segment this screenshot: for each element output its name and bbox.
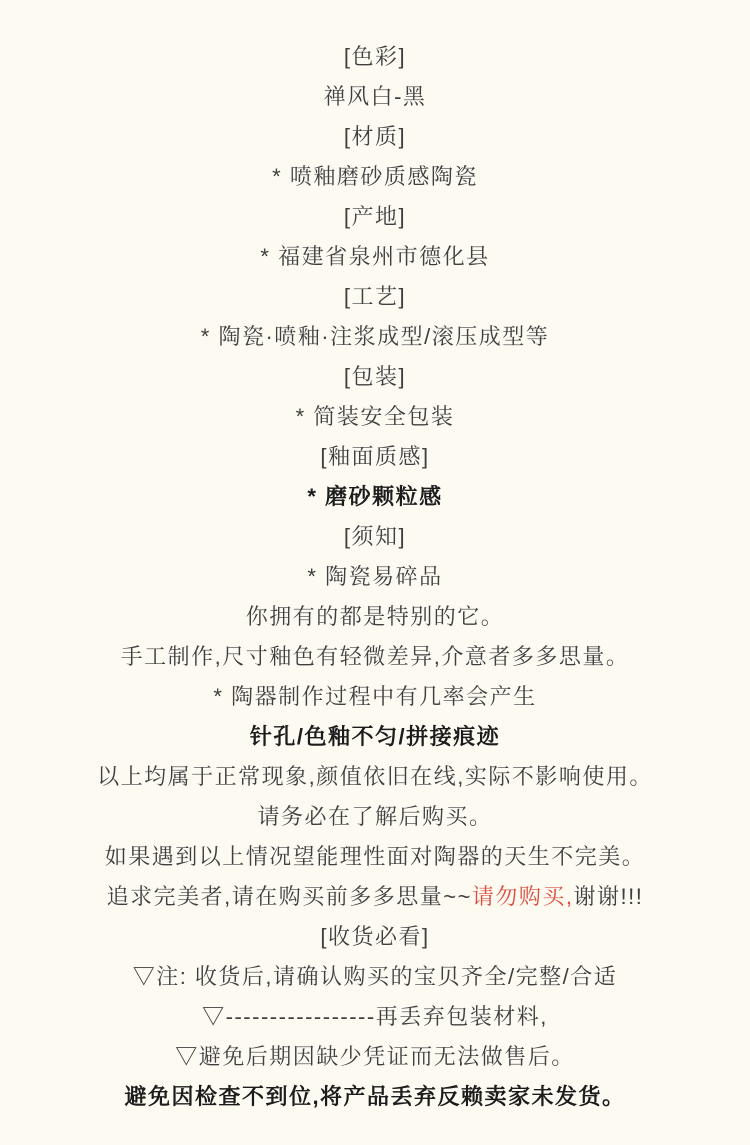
packaging-value: * 简装安全包装 <box>0 397 750 437</box>
section-header-glaze-texture: [釉面质感] <box>0 437 750 477</box>
perfectionist-warning-post: 谢谢!!! <box>574 884 644 909</box>
section-header-origin: [产地] <box>0 197 750 237</box>
notice-rational-attitude: 如果遇到以上情况望能理性面对陶器的天生不完美。 <box>0 837 750 877</box>
notice-buy-after-understanding: 请务必在了解后购买。 <box>0 797 750 837</box>
perfectionist-warning-pre: 追求完美者,请在购买前多多思量~~ <box>107 884 472 909</box>
color-value: 禅风白-黑 <box>0 77 750 117</box>
final-warning: 避免因检查不到位,将产品丢弃反赖卖家未发货。 <box>0 1077 750 1117</box>
section-header-craft: [工艺] <box>0 277 750 317</box>
notice-defect-types: 针孔/色釉不匀/拼接痕迹 <box>0 717 750 757</box>
section-header-delivery-check: [收货必看] <box>0 917 750 957</box>
section-header-notice: [须知] <box>0 517 750 557</box>
section-header-color: [色彩] <box>0 37 750 77</box>
material-value: * 喷釉磨砂质感陶瓷 <box>0 157 750 197</box>
delivery-note-confirm: ▽注: 收货后,请确认购买的宝贝齐全/完整/合适 <box>0 957 750 997</box>
origin-value: * 福建省泉州市德化县 <box>0 237 750 277</box>
notice-defect-intro: * 陶器制作过程中有几率会产生 <box>0 677 750 717</box>
delivery-note-keep-packaging: ▽-----------------再丢弃包装材料, <box>0 997 750 1037</box>
do-not-buy-highlight: 请勿购买, <box>472 884 574 909</box>
delivery-note-aftersale-proof: ▽避免后期因缺少凭证而无法做售后。 <box>0 1037 750 1077</box>
product-description-page: [色彩] 禅风白-黑 [材质] * 喷釉磨砂质感陶瓷 [产地] * 福建省泉州市… <box>0 0 750 1145</box>
glaze-texture-value: * 磨砂颗粒感 <box>0 477 750 517</box>
notice-unique: 你拥有的都是特别的它。 <box>0 597 750 637</box>
section-header-material: [材质] <box>0 117 750 157</box>
notice-normal-phenomenon: 以上均属于正常现象,颜值依旧在线,实际不影响使用。 <box>0 757 750 797</box>
notice-fragile: * 陶瓷易碎品 <box>0 557 750 597</box>
craft-value: * 陶瓷·喷釉·注浆成型/滚压成型等 <box>0 317 750 357</box>
section-header-packaging: [包装] <box>0 357 750 397</box>
notice-perfectionist-warning: 追求完美者,请在购买前多多思量~~请勿购买,谢谢!!! <box>0 877 750 917</box>
notice-handmade-variance: 手工制作,尺寸釉色有轻微差异,介意者多多思量。 <box>0 637 750 677</box>
